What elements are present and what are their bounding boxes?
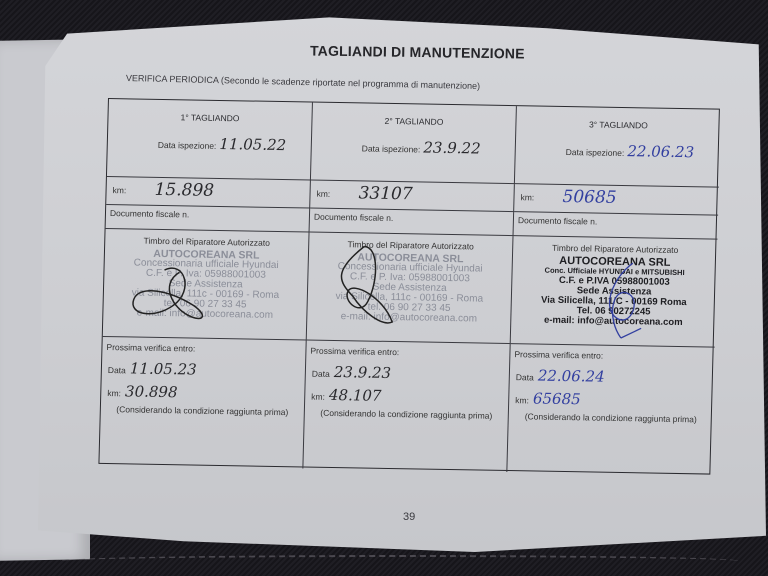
service-heading: 3° TAGLIANDO (516, 118, 720, 132)
next-check-label: Prossima verifica entro: (514, 349, 710, 362)
next-date-label: Data (108, 365, 126, 375)
next-check-label: Prossima verifica entro: (106, 342, 301, 355)
next-check-label: Prossima verifica entro: (310, 346, 505, 359)
stamp-title: Timbro del Riparatore Autorizzato (517, 242, 713, 255)
next-date-label: Data (516, 372, 534, 382)
date-label: Data ispezione: (158, 140, 217, 151)
next-km-value: 48.107 (329, 386, 382, 405)
inspection-date: 11.05.22 (219, 135, 286, 154)
service-2-km: km: 33107 (310, 181, 515, 213)
service-1-header: 1° TAGLIANDO Data ispezione:11.05.22 (107, 99, 313, 181)
inspection-date: 23.9.22 (423, 139, 481, 158)
service-1-fiscal-doc: Documento fiscale n. (106, 205, 311, 233)
service-2-stamp-cell: Timbro del Riparatore Autorizzato AUTOCO… (307, 233, 514, 345)
km-label: km: (520, 192, 534, 202)
service-2-next-check: Prossima verifica entro: Data23.9.23 km:… (303, 341, 510, 473)
next-km-label: km: (515, 395, 529, 405)
dealer-stamp: AUTOCOREANA SRL Concessionaria ufficiale… (311, 252, 508, 325)
stamp-title: Timbro del Riparatore Autorizzato (109, 235, 304, 248)
service-3-header: 3° TAGLIANDO Data ispezione:22.06.23 (515, 106, 721, 188)
next-date-value: 22.06.24 (538, 367, 605, 386)
condition-note: (Considerando la condizione raggiunta pr… (305, 407, 508, 422)
service-table: 1° TAGLIANDO Data ispezione:11.05.22 2° … (98, 98, 719, 475)
service-3-stamp-cell: Timbro del Riparatore Autorizzato AUTOCO… (511, 236, 718, 348)
date-label: Data ispezione: (566, 147, 625, 158)
km-label: km: (316, 189, 330, 199)
next-km-label: km: (107, 388, 121, 398)
dealer-stamp: AUTOCOREANA SRL Concessionaria ufficiale… (107, 248, 304, 321)
service-3-next-check: Prossima verifica entro: Data22.06.24 km… (507, 344, 714, 476)
condition-note: (Considerando la condizione raggiunta pr… (101, 404, 304, 419)
inspection-date: 22.06.23 (627, 142, 694, 161)
next-date-label: Data (312, 369, 330, 379)
date-label: Data ispezione: (362, 143, 421, 154)
service-1-stamp-cell: Timbro del Riparatore Autorizzato AUTOCO… (103, 229, 310, 341)
service-1-km: km: 15.898 (106, 177, 311, 209)
stamp-title: Timbro del Riparatore Autorizzato (313, 239, 508, 252)
next-date-value: 11.05.23 (130, 359, 197, 378)
service-3-km: km: 50685 (514, 184, 719, 216)
next-km-value: 65685 (533, 389, 581, 408)
condition-note: (Considerando la condizione raggiunta pr… (509, 411, 713, 426)
page-title: TAGLIANDI DI MANUTENZIONE (310, 43, 525, 62)
page-number: 39 (403, 511, 415, 523)
service-3-fiscal-doc: Documento fiscale n. (514, 212, 719, 240)
dealer-stamp: AUTOCOREANA SRL Conc. Ufficiale HYUNDAI … (515, 255, 713, 328)
service-2-fiscal-doc: Documento fiscale n. (310, 209, 515, 237)
km-label: km: (112, 185, 126, 195)
km-value: 50685 (562, 187, 617, 208)
next-km-value: 30.898 (125, 382, 178, 401)
seat-stitching (60, 555, 740, 567)
km-value: 15.898 (154, 180, 214, 201)
service-heading: 1° TAGLIANDO (108, 111, 311, 125)
service-1-next-check: Prossima verifica entro: Data11.05.23 km… (99, 337, 306, 469)
km-value: 33107 (358, 183, 413, 204)
next-date-value: 23.9.23 (334, 363, 392, 382)
next-km-label: km: (311, 392, 325, 402)
service-2-header: 2° TAGLIANDO Data ispezione:23.9.22 (311, 103, 517, 185)
service-heading: 2° TAGLIANDO (312, 115, 515, 129)
